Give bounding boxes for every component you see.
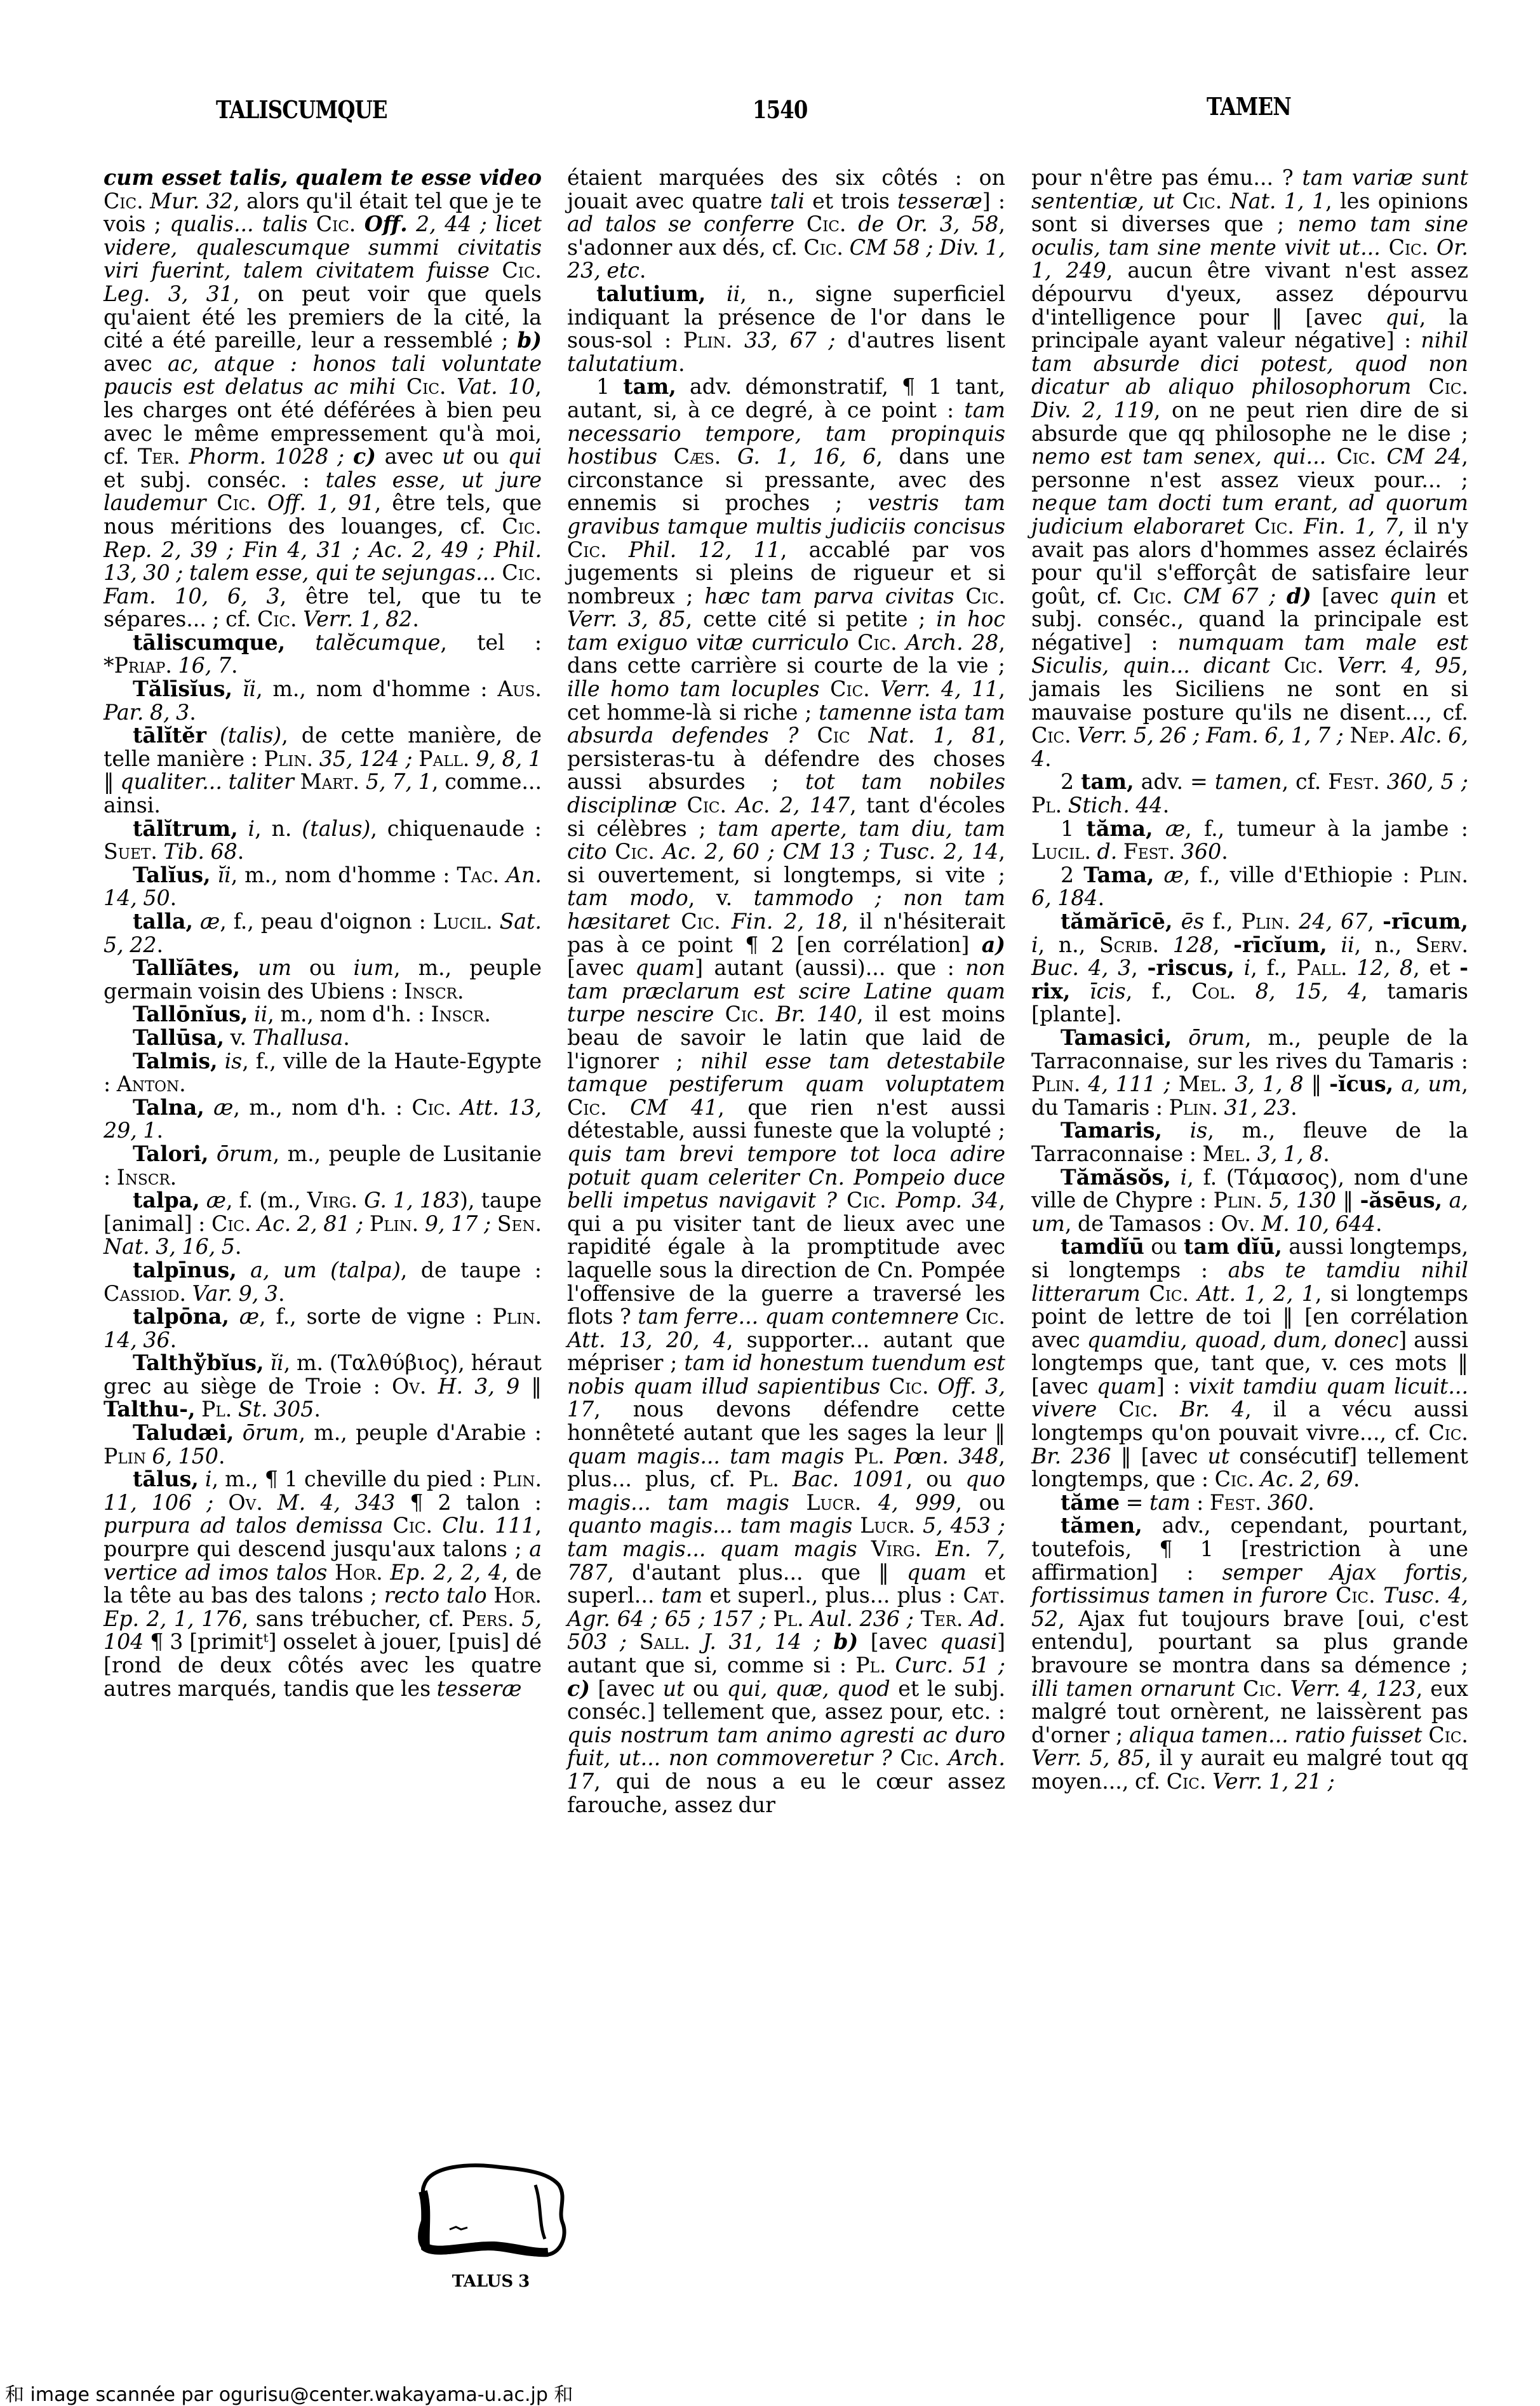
left-guide-word: TALISCUMQUE — [216, 95, 387, 124]
dictionary-entry: Taludæi, ōrum, m., peuple d'Arabie : Pli… — [104, 1421, 542, 1468]
entry-continuation: pour n'être pas ému... ? tam variæ sunt … — [1031, 166, 1468, 770]
dictionary-entry: tālĭtrum, i, n. (talus), chiquenaude : S… — [104, 817, 542, 864]
page-number: 1540 — [753, 95, 808, 124]
column-2: étaient marquées des six côtés : on joua… — [567, 166, 1005, 1817]
entry-continuation: étaient marquées des six côtés : on joua… — [567, 166, 1005, 283]
dictionary-entry: 1 tam, adv. démonstratif, ¶ 1 tant, auta… — [567, 375, 1005, 1817]
dictionary-entry: 1 tăma, æ, f., tumeur à la jambe : Lucil… — [1031, 817, 1468, 864]
talus-figure: TALUS 3 — [402, 2160, 580, 2306]
dictionary-entry: 2 tam, adv. = tamen, cf. Fest. 360, 5 ; … — [1031, 770, 1468, 817]
dictionary-entry: Tallūsa, v. Thallusa. — [104, 1026, 542, 1050]
entry-continuation: cum esset talis, qualem te esse video Ci… — [104, 166, 542, 631]
dictionary-entry: Tamaris, is, m., fleuve de la Tarraconna… — [1031, 1119, 1468, 1166]
dictionary-entry: Talori, ōrum, m., peuple de Lusitanie : … — [104, 1143, 542, 1189]
dictionary-entry: tālus, i, m., ¶ 1 cheville du pied : Pli… — [104, 1468, 542, 1700]
dictionary-entry: Tamasici, ōrum, m., peuple de la Tarraco… — [1031, 1026, 1468, 1119]
dictionary-entry: talla, æ, f., peau d'oignon : Lucil. Sat… — [104, 910, 542, 957]
dictionary-entry: talpa, æ, f. (m., Virg. G. 1, 183), taup… — [104, 1189, 542, 1259]
dictionary-entry: Talmis, is, f., ville de la Haute-Egypte… — [104, 1050, 542, 1096]
right-guide-word: TAMEN — [1207, 92, 1291, 121]
column-1: cum esset talis, qualem te esse video Ci… — [104, 166, 542, 1700]
dictionary-entry: Tallōnĭus, ii, m., nom d'h. : Inscr. — [104, 1003, 542, 1026]
dictionary-entry: Tămăsŏs, i, f. (Τάμασος), nom d'une vill… — [1031, 1166, 1468, 1236]
dictionary-entry: talpōna, æ, f., sorte de vigne : Plin. 1… — [104, 1305, 542, 1352]
dictionary-entry: tămărīcē, ēs f., Plin. 24, 67, -rīcum, i… — [1031, 910, 1468, 1026]
figure-caption: TALUS 3 — [402, 2270, 580, 2294]
dictionary-entry: 2 Tama, æ, f., ville d'Ethiopie : Plin. … — [1031, 864, 1468, 910]
dictionary-entry: tamdĭū ou tam dĭū, aussi longtemps, si l… — [1031, 1235, 1468, 1491]
dictionary-entry: tāliscumque, talĕcumque, tel : *Priap. 1… — [104, 631, 542, 678]
dictionary-entry: talutium, ii, n., signe superficiel indi… — [567, 283, 1005, 375]
column-3: pour n'être pas ému... ? tam variæ sunt … — [1031, 166, 1468, 1794]
dictionary-entry: tālĭtĕr (talis), de cette manière, de te… — [104, 724, 542, 817]
scan-credit-footer: 和 image scannée par ogurisu@center.wakay… — [5, 2379, 573, 2406]
talus-knucklebone-illustration — [412, 2160, 570, 2268]
dictionary-entry: Talĭus, ĭi, m., nom d'homme : Tac. An. 1… — [104, 864, 542, 910]
dictionary-entry: tămen, adv., cependant, pourtant, toutef… — [1031, 1514, 1468, 1793]
dictionary-entry: Tallĭātes, um ou ium, m., peuple germain… — [104, 957, 542, 1003]
dictionary-entry: Tălīsĭus, ĭi, m., nom d'homme : Aus. Par… — [104, 678, 542, 724]
dictionary-entry: talpīnus, a, um (talpa), de taupe : Cass… — [104, 1259, 542, 1305]
dictionary-entry: Talthўbĭus, ĭi, m. (Ταλθύβιος), héraut g… — [104, 1352, 542, 1421]
dictionary-entry: tăme = tam : Fest. 360. — [1031, 1491, 1468, 1515]
dictionary-entry: Talna, æ, m., nom d'h. : Cic. Att. 13, 2… — [104, 1096, 542, 1143]
